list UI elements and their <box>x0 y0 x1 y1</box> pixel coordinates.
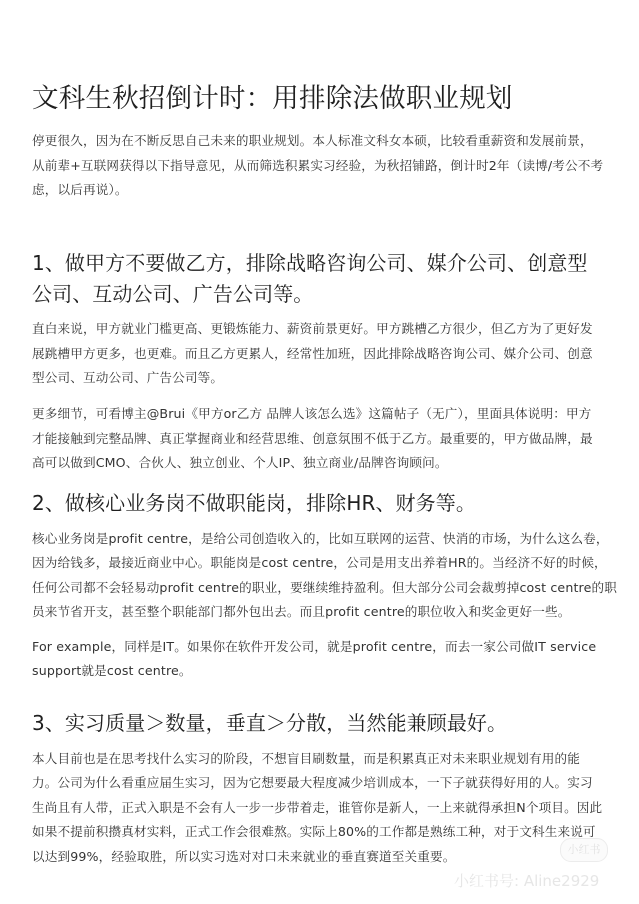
text-line: 停更很久，因为在不断反思自己未来的职业规划。本人标准文科女本硕，比较看重薪资和发… <box>32 130 593 149</box>
heading-line: 1、做甲方不要做乙方，排除战略咨询公司、媒介公司、创意型 <box>32 247 588 276</box>
article-page: 文科生秋招倒计时：用排除法做职业规划 停更很久，因为在不断反思自己未来的职业规划… <box>0 0 639 904</box>
text-line: For example，同样是IT。如果你在软件开发公司，就是profit ce… <box>32 636 596 655</box>
text-line: 高可以做到CMO、合伙人、独立创业、个人IP、独立商业/品牌咨询顾问。 <box>32 452 448 471</box>
text-line: 力。公司为什么看重应届生实习，因为它想要最大程度减少培训成本，一下子就获得好用的… <box>32 772 593 791</box>
text-line: 任何公司都不会轻易动profit centre的职业，要继续维持盈利。但大部分公… <box>32 577 617 596</box>
text-line: 以达到99%，经验取胜，所以实习选对对口未来就业的垂直赛道至关重要。 <box>32 846 456 865</box>
text-line: 直白来说，甲方就业门槛更高、更锻炼能力、薪资前景更好。甲方跳槽乙方很少，但乙方为… <box>32 318 593 337</box>
text-line: support就是cost centre。 <box>32 660 192 679</box>
heading-line: 公司、互动公司、广告公司等。 <box>32 278 313 307</box>
text-line: 核心业务岗是profit centre，是给公司创造收入的，比如互联网的运营、快… <box>32 528 609 547</box>
text-line: 更多细节，可看博主@Brui《甲方or乙方 品牌人该怎么选》这篇帖子（无广），里… <box>32 403 591 422</box>
text-line: 型公司、互动公司、广告公司等。 <box>32 367 223 386</box>
text-line: 从前辈+互联网获得以下指导意见，从而筛选积累实习经验，为秋招铺路，倒计时2年（读… <box>32 155 603 174</box>
article-title: 文科生秋招倒计时：用排除法做职业规划 <box>32 76 513 115</box>
text-line: 虑，以后再说）。 <box>32 179 128 198</box>
watermark-account: 小红书号: Aline2929 <box>454 870 599 891</box>
text-line: 才能接触到完整品牌、真正掌握商业和经营思维、创意氛围不低于乙方。最重要的，甲方做… <box>32 428 593 447</box>
text-line: 员来节省开支，甚至整个职能部门都外包出去。而且profit centre的职位收… <box>32 601 570 620</box>
text-line: 展跳槽甲方更多，也更难。而且乙方更累人，经常性加班，因此排除战略咨询公司、媒介公… <box>32 343 593 362</box>
text-line: 因为给钱多，最接近商业中心。职能岗是cost centre，公司是用支出养着HR… <box>32 552 607 571</box>
watermark-badge: 小红书 <box>560 838 608 862</box>
text-line: 本人目前也是在思考找什么实习的阶段，不想盲目刷数量，而是积累真正对未来职业规划有… <box>32 748 580 767</box>
heading-line: 2、做核心业务岗不做职能岗，排除HR、财务等。 <box>32 487 476 516</box>
text-line: 生尚且有人带，正式入职是不会有人一步一步带着走，谁管你是新人，一上来就得承担N个… <box>32 797 602 816</box>
heading-line: 3、实习质量＞数量，垂直＞分散，当然能兼顾最好。 <box>32 707 507 736</box>
text-line: 如果不提前积攒真材实料，正式工作会很难熬。实际上80%的工作都是熟练工种，对于文… <box>32 821 596 840</box>
